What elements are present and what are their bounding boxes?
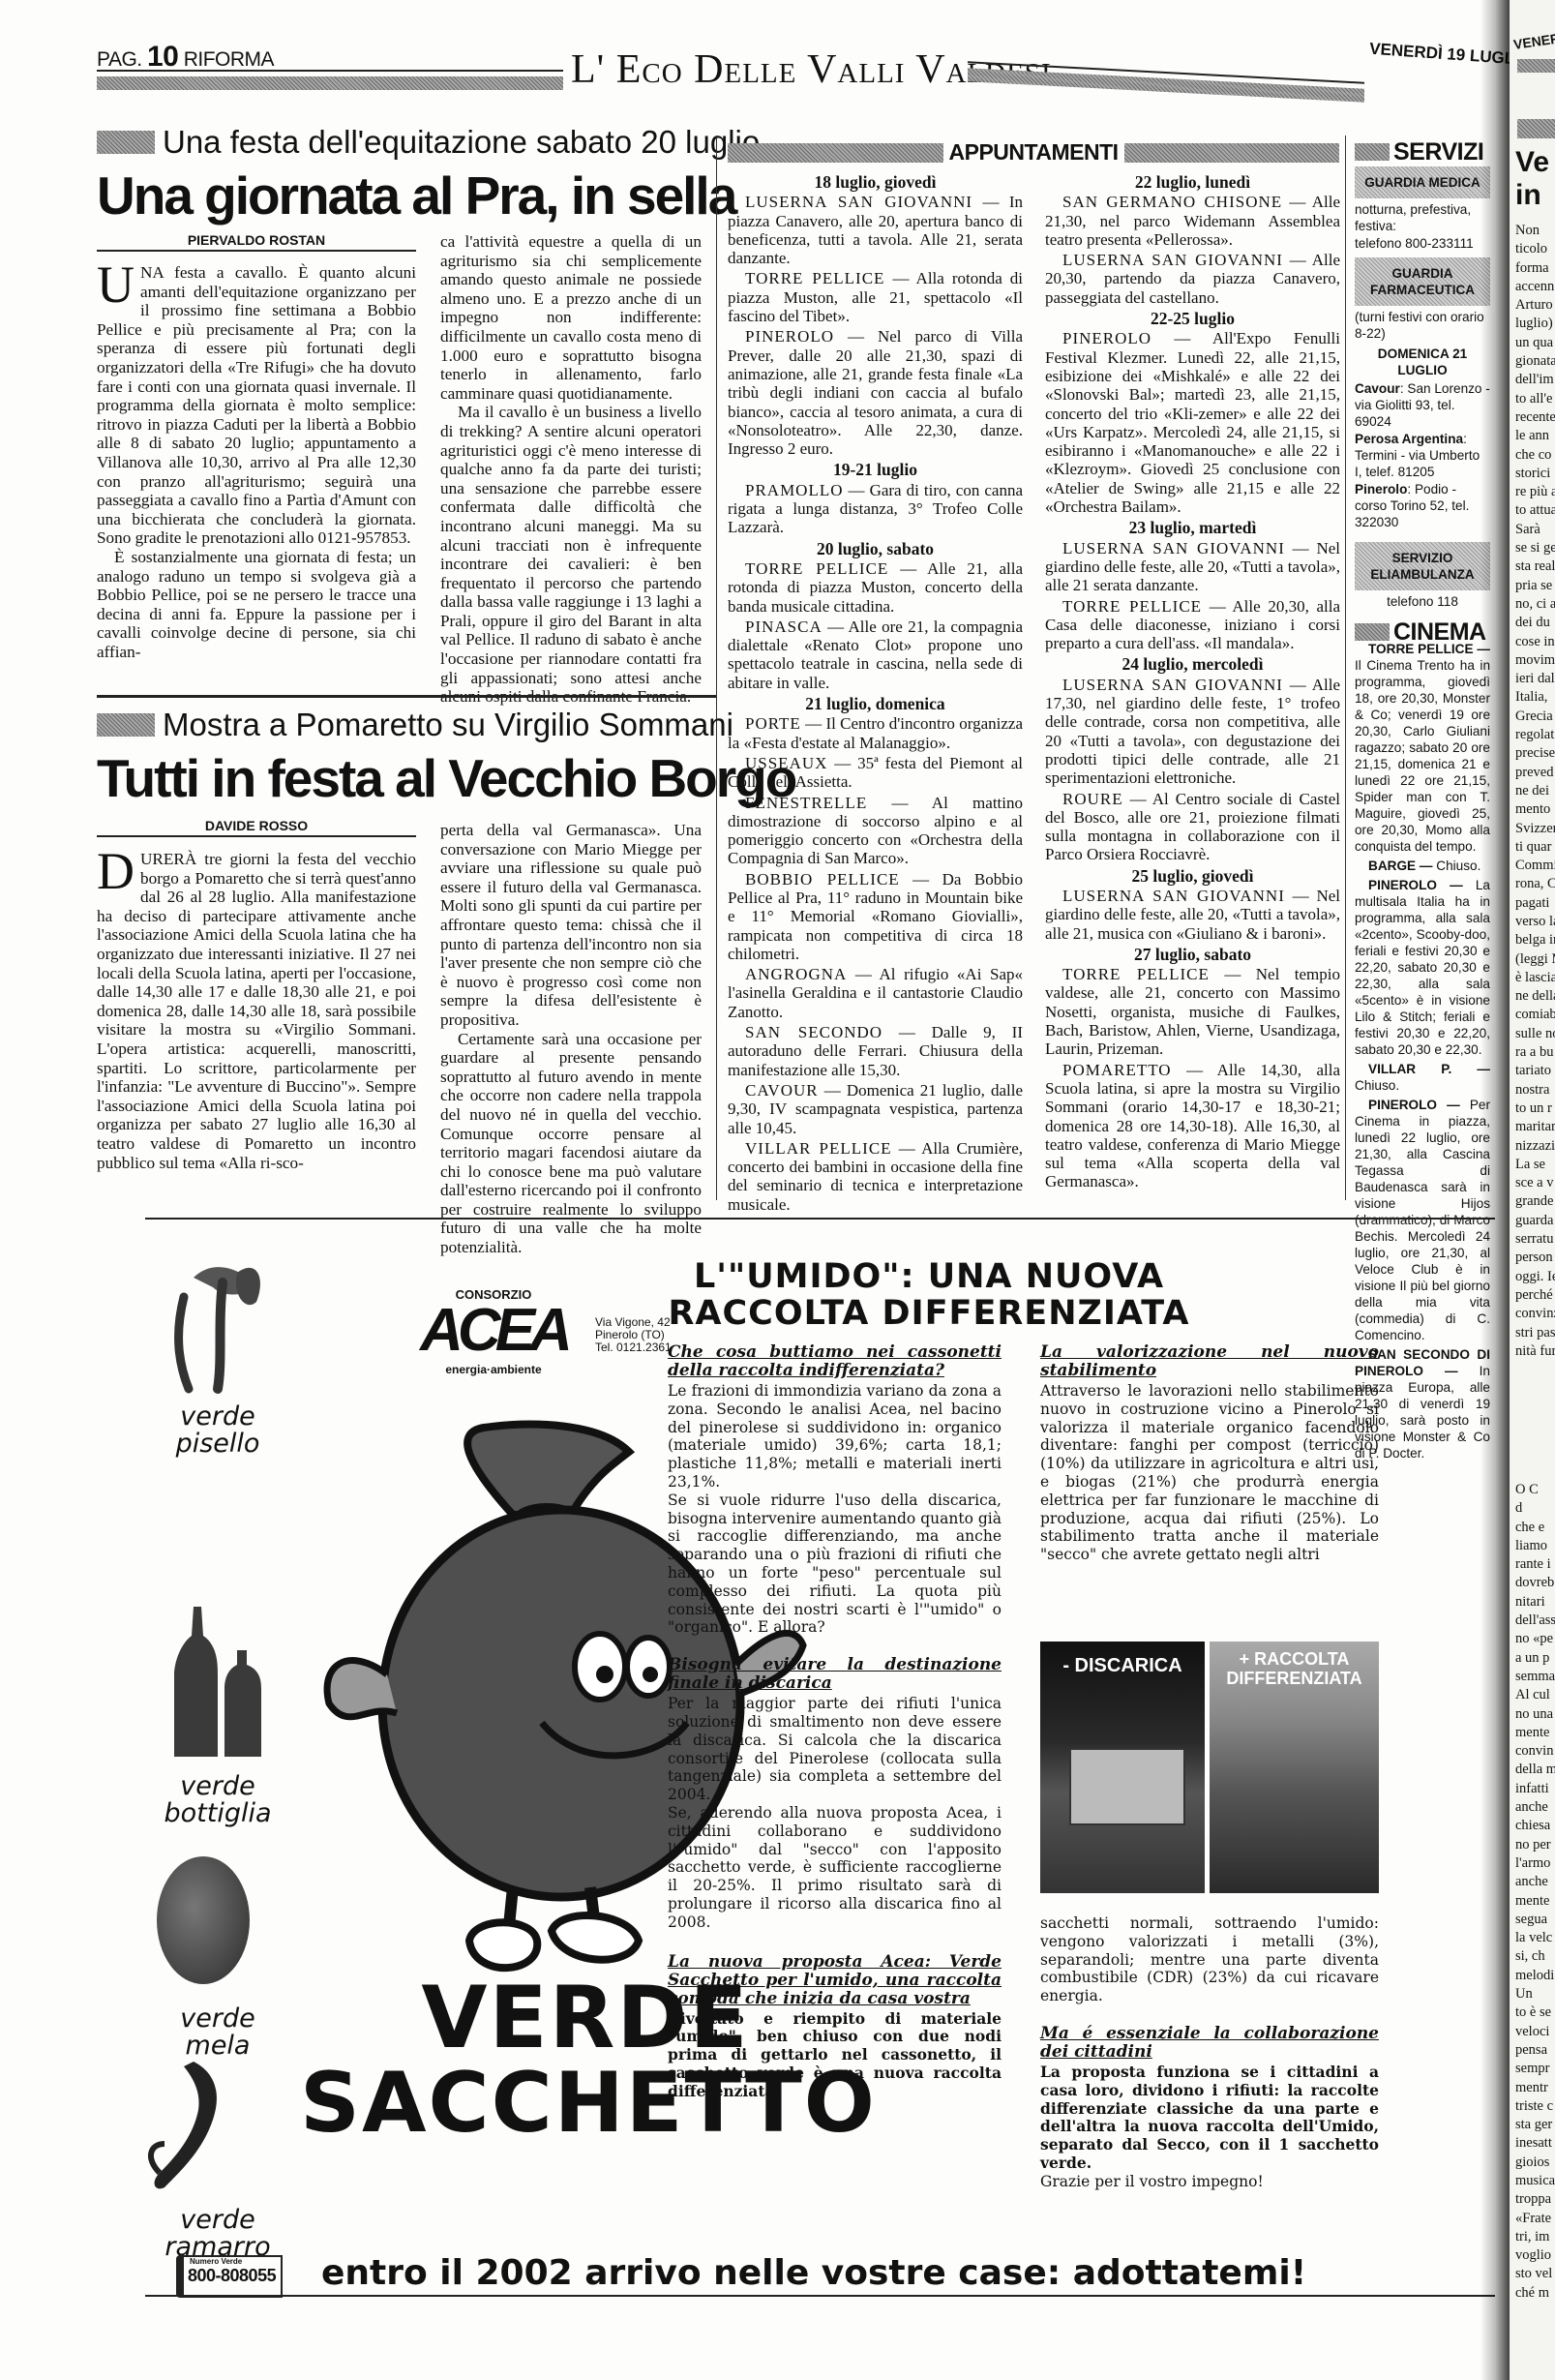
- text-line-fragment: guarda: [1515, 1212, 1555, 1230]
- text-line-fragment: recente: [1515, 408, 1555, 427]
- text-line-fragment: serratu: [1515, 1230, 1555, 1249]
- text-line-fragment: Italia,: [1515, 688, 1555, 707]
- dash: —: [1123, 790, 1152, 808]
- cinema-entry: BARGE — Chiuso.: [1355, 858, 1490, 874]
- text-line-fragment: a un p: [1515, 1649, 1555, 1668]
- text-line-fragment: inesatt: [1515, 2134, 1555, 2153]
- label-line: bottiglia: [155, 1800, 281, 1827]
- text-line-fragment: nitari: [1515, 1593, 1555, 1612]
- event-item: LUSERNA SAN GIOVANNI — Nel giardino dell…: [1045, 539, 1340, 595]
- dash: —: [1283, 676, 1312, 694]
- title-line: L'"UMIDO": UNA NUOVA: [668, 1258, 1190, 1295]
- dash: —: [1202, 597, 1232, 616]
- cinema-place: TORRE PELLICE —: [1368, 642, 1490, 656]
- title-line: RACCOLTA DIFFERENZIATA: [668, 1295, 1190, 1332]
- servizi-title: SERVIZI: [1393, 144, 1483, 161]
- cinema-text: Chiuso.: [1436, 859, 1480, 873]
- farmacia-note: (turni festivi con orario 8-22): [1355, 309, 1490, 342]
- text-line-fragment: Non: [1515, 222, 1555, 240]
- header-rule-left: [97, 70, 563, 91]
- event-item: BOBBIO PELLICE — Da Bobbio Pellice al Pr…: [728, 870, 1023, 963]
- dash: —: [888, 559, 927, 578]
- dash: —: [1151, 329, 1212, 347]
- paragraph: DURERÀ tre giorni la festa del vecchio b…: [97, 850, 416, 1172]
- kicker-text: Mostra a Pomaretto su Virgilio Sommani: [163, 707, 733, 743]
- section-heading: La valorizzazione nel nuovo stabilimento: [1040, 1343, 1379, 1380]
- event-date-heading: 23 luglio, martedì: [1045, 519, 1340, 537]
- event-place: PINASCA: [745, 618, 822, 636]
- event-place: PINEROLO: [1062, 329, 1151, 347]
- ad-main-title: L'"UMIDO": UNA NUOVA RACCOLTA DIFFERENZI…: [668, 1258, 1190, 1332]
- text-line-fragment: storici: [1515, 465, 1555, 483]
- text-line-fragment: segua: [1515, 1911, 1555, 1929]
- article2-byline: DAVIDE ROSSO: [97, 818, 416, 837]
- text-line-fragment: pria se: [1515, 577, 1555, 595]
- text-line-fragment: to un r: [1515, 1100, 1555, 1118]
- text-line-fragment: se si ge: [1515, 539, 1555, 557]
- photo-label: + RACCOLTA DIFFERENZIATA: [1210, 1649, 1379, 1688]
- kicker-block: [97, 131, 155, 154]
- text-line-fragment: Svizzer: [1515, 820, 1555, 838]
- article1-col2: ca l'attività equestre a quella di un ag…: [440, 232, 702, 707]
- farmacia-entry: Cavour: San Lorenzo - via Giolitti 93, t…: [1355, 380, 1490, 430]
- label-ramarro: verde ramarro: [155, 2207, 281, 2261]
- farmacia-entry: Pinerolo: Podio - corso Torino 52, tel. …: [1355, 481, 1490, 530]
- dash: —: [1172, 1061, 1217, 1079]
- text-line-fragment: la velc: [1515, 1929, 1555, 1947]
- text-line-fragment: tri, im: [1515, 2228, 1555, 2246]
- text-line-fragment: sempr: [1515, 2060, 1555, 2078]
- label-line: verde: [155, 1403, 281, 1431]
- text-line-fragment: «Frate: [1515, 2210, 1555, 2228]
- text-line-fragment: Grecia: [1515, 708, 1555, 726]
- event-place: ANGROGNA: [745, 965, 847, 983]
- event-item: PINEROLO — All'Expo Fenulli Festival Kle…: [1045, 329, 1340, 516]
- dash: —: [827, 754, 857, 772]
- paragraph: Se, aderendo alla nuova proposta Acea, i…: [668, 1804, 1002, 1932]
- article1-col1: UNA festa a cavallo. È quanto alcuni ama…: [97, 263, 416, 661]
- cinema-header: CINEMA: [1355, 623, 1490, 641]
- next-page-sliver: VENERDÌ Ve in NonticoloformaaccennArturo…: [1510, 0, 1555, 2380]
- text-line-fragment: pagati: [1515, 894, 1555, 913]
- cinema-text: Chiuso.: [1355, 1078, 1399, 1093]
- text-line-fragment: (leggi M: [1515, 950, 1555, 969]
- text-line-fragment: è lascia: [1515, 969, 1555, 987]
- text-line-fragment: cose in: [1515, 633, 1555, 651]
- column-divider: [1345, 136, 1346, 1200]
- text-line-fragment: La se: [1515, 1156, 1555, 1174]
- text-line-fragment: le ann: [1515, 427, 1555, 445]
- event-place: LUSERNA SAN GIOVANNI: [1062, 676, 1283, 694]
- guardia-medica-phone: telefono 800-233111: [1355, 235, 1490, 252]
- text-line-fragment: mentr: [1515, 2079, 1555, 2097]
- appuntamenti-col1: 18 luglio, giovedìLUSERNA SAN GIOVANNI —…: [728, 170, 1023, 1216]
- label-line: pisello: [155, 1431, 281, 1458]
- text-line-fragment: convin: [1515, 1742, 1555, 1761]
- next-page-col: O Cdche eliamorante idovrebnitaridell'as…: [1510, 1481, 1555, 2303]
- text-line-fragment: nizzazio: [1515, 1137, 1555, 1156]
- cinema-entry: TORRE PELLICE — Il Cinema Trento ha in p…: [1355, 641, 1490, 855]
- acea-advertisement: verde pisello verde bottiglia verde mela…: [145, 1218, 1495, 2297]
- text-line-fragment: to è se: [1515, 2003, 1555, 2022]
- dash: —: [972, 193, 1009, 211]
- event-item: TORRE PELLICE — Alle 21, alla rotonda di…: [728, 559, 1023, 616]
- text-line-fragment: regolat: [1515, 726, 1555, 744]
- event-place: TORRE PELLICE: [1062, 965, 1210, 983]
- text-line-fragment: ti quar: [1515, 838, 1555, 857]
- headline-line: in: [1515, 179, 1555, 212]
- dash: —: [892, 1139, 922, 1158]
- bottles-icon: [164, 1607, 271, 1762]
- photo-raccolta: + RACCOLTA DIFFERENZIATA: [1210, 1642, 1379, 1893]
- event-place: TORRE PELLICE: [745, 269, 884, 287]
- text-line-fragment: semma: [1515, 1668, 1555, 1686]
- text-line-fragment: l'armo: [1515, 1854, 1555, 1873]
- town: Pinerolo: [1355, 482, 1407, 497]
- text-line-fragment: nità fur: [1515, 1342, 1555, 1361]
- appuntamenti-col2: 22 luglio, lunedìSAN GERMANO CHISONE — A…: [1045, 170, 1340, 1193]
- text-line-fragment: ieri dal: [1515, 670, 1555, 688]
- headline-line: Ve: [1515, 146, 1555, 179]
- text-line-fragment: veloci: [1515, 2023, 1555, 2041]
- text-line-fragment: voglio: [1515, 2246, 1555, 2265]
- header-bar: [1124, 143, 1340, 163]
- farmacia-day: DOMENICA 21 LUGLIO: [1355, 346, 1490, 378]
- ad-text-col2b: sacchetti normali, sottraendo l'umido: v…: [1040, 1914, 1379, 2191]
- text-line-fragment: Arturo: [1515, 296, 1555, 315]
- text-line-fragment: Sarà: [1515, 521, 1555, 539]
- text-line-fragment: liamo: [1515, 1537, 1555, 1555]
- eliambulanza-band: SERVIZIO ELIAMBULANZA: [1355, 542, 1490, 590]
- next-page-date: VENERDÌ: [1512, 31, 1555, 52]
- paragraph: Per la maggior parte dei rifiuti l'unica…: [668, 1695, 1002, 1804]
- servizi-header: SERVIZI: [1355, 143, 1490, 161]
- cinema-title: CINEMA: [1393, 624, 1486, 641]
- section-heading: Bisogna evitare la destinazione finale i…: [668, 1656, 1002, 1693]
- event-place: POMARETTO: [1062, 1061, 1172, 1079]
- event-date-heading: 21 luglio, domenica: [728, 695, 1023, 713]
- cinema-entry: PINEROLO — La multisala Italia ha in pro…: [1355, 877, 1490, 1058]
- text-line-fragment: gioios: [1515, 2154, 1555, 2172]
- text-line-fragment: oggi. Ie: [1515, 1268, 1555, 1286]
- header-bar: [1517, 59, 1555, 73]
- event-place: ROURE: [1062, 790, 1123, 808]
- paragraph: Se si vuole ridurre l'uso della discaric…: [668, 1491, 1002, 1637]
- text-line-fragment: accenn: [1515, 278, 1555, 296]
- text-line-fragment: comiab: [1515, 1006, 1555, 1024]
- paragraph-text: NA festa a cavallo. È quanto alcuni aman…: [97, 263, 416, 547]
- event-place: USSEAUX: [745, 754, 827, 772]
- header-bar: [728, 143, 943, 163]
- text-line-fragment: sce a v: [1515, 1174, 1555, 1192]
- text-line-fragment: infatti: [1515, 1780, 1555, 1798]
- text-line-fragment: stri pas: [1515, 1324, 1555, 1342]
- text-line-fragment: belga in: [1515, 931, 1555, 949]
- text-line-fragment: dell'im: [1515, 371, 1555, 389]
- text-line-fragment: Un: [1515, 1985, 1555, 2003]
- text-line-fragment: to attua: [1515, 501, 1555, 520]
- text-line-fragment: musica: [1515, 2172, 1555, 2190]
- dropcap: U: [97, 265, 135, 304]
- guardia-farmaceutica-band: GUARDIA FARMACEUTICA: [1355, 257, 1490, 306]
- event-item: PINEROLO — Nel parco di Villa Prever, da…: [728, 327, 1023, 458]
- label-bottiglia: verde bottiglia: [155, 1773, 281, 1827]
- text-line-fragment: che co: [1515, 446, 1555, 465]
- event-date-heading: 22 luglio, lunedì: [1045, 173, 1340, 192]
- text-line-fragment: dei du: [1515, 614, 1555, 632]
- text-line-fragment: mente: [1515, 1892, 1555, 1911]
- dash: —: [1282, 193, 1312, 211]
- text-line-fragment: perché: [1515, 1286, 1555, 1305]
- paragraph: perta della val Germanasca». Una convers…: [440, 821, 702, 1030]
- text-line-fragment: grande: [1515, 1192, 1555, 1211]
- text-line-fragment: O C: [1515, 1481, 1555, 1499]
- text-line-fragment: Commi: [1515, 857, 1555, 875]
- dash: —: [1283, 251, 1312, 269]
- section-heading: La nuova proposta Acea: Verde Sacchetto …: [668, 1953, 1002, 2008]
- text-line-fragment: dell'ass: [1515, 1612, 1555, 1630]
- event-item: ANGROGNA — Al rifugio «Ai Sap« l'asinell…: [728, 965, 1023, 1021]
- event-place: SAN SECONDO: [745, 1023, 882, 1041]
- text-line-fragment: pensa: [1515, 2041, 1555, 2060]
- text-line-fragment: ché m: [1515, 2284, 1555, 2303]
- dash: —: [844, 481, 870, 499]
- column-divider: [716, 136, 717, 1200]
- paragraph: sacchetti normali, sottraendo l'umido: v…: [1040, 1914, 1379, 2005]
- text-line-fragment: maritar: [1515, 1118, 1555, 1136]
- dash: —: [867, 794, 932, 812]
- page-prefix: PAG.: [97, 48, 142, 71]
- event-place: BOBBIO PELLICE: [745, 870, 900, 889]
- text-line-fragment: troppa: [1515, 2190, 1555, 2209]
- event-place: VILLAR PELLICE: [745, 1139, 892, 1158]
- event-item: TORRE PELLICE — Nel tempio valdese, alle…: [1045, 965, 1340, 1058]
- text-line-fragment: anche: [1515, 1873, 1555, 1891]
- acea-address: Via Vigone, 42 Pinerolo (TO) Tel. 0121.2…: [595, 1316, 672, 1354]
- publication-name: RIFORMA: [184, 48, 274, 71]
- text-line-fragment: tariato: [1515, 1062, 1555, 1080]
- text-line-fragment: re più a: [1515, 483, 1555, 501]
- article2-col1: DURERÀ tre giorni la festa del vecchio b…: [97, 850, 416, 1172]
- apple-icon: [157, 1856, 250, 1984]
- paragraph: Ma il cavallo è un business a livello di…: [440, 403, 702, 707]
- event-item: SAN SECONDO — Dalle 9, II autoraduno del…: [728, 1023, 1023, 1079]
- text-line-fragment: luglio): [1515, 315, 1555, 333]
- text-line-fragment: mento: [1515, 800, 1555, 819]
- event-place: LUSERNA SAN GIOVANNI: [1062, 251, 1283, 269]
- dash: —: [884, 269, 915, 287]
- event-date-heading: 25 luglio, giovedì: [1045, 867, 1340, 886]
- event-item: POMARETTO — Alle 14,30, alla Scuola lati…: [1045, 1061, 1340, 1191]
- event-date-heading: 22-25 luglio: [1045, 310, 1340, 328]
- page-header: PAG. 10 RIFORMA: [97, 41, 274, 74]
- paragraph: Grazie per il vostro impegno!: [1040, 2173, 1379, 2191]
- header-rule-right: [968, 61, 1364, 103]
- page-gutter-shadow: [1480, 0, 1510, 2380]
- event-place: SAN GERMANO CHISONE: [1062, 193, 1282, 211]
- cinema-place: BARGE —: [1368, 859, 1432, 873]
- event-item: TORRE PELLICE — Alla rotonda di piazza M…: [728, 269, 1023, 325]
- dash: —: [819, 1081, 847, 1100]
- town: Perosa Argentina: [1355, 432, 1463, 446]
- text-line-fragment: sto vel: [1515, 2265, 1555, 2283]
- event-date-heading: 18 luglio, giovedì: [728, 173, 1023, 192]
- photo-label: - DISCARICA: [1040, 1655, 1205, 1677]
- event-place: CAVOUR: [745, 1081, 819, 1100]
- text-line-fragment: convinz: [1515, 1305, 1555, 1323]
- text-line-fragment: to all'e: [1515, 390, 1555, 408]
- text-line-fragment: nostra: [1515, 1081, 1555, 1100]
- dash: —: [822, 618, 849, 636]
- numero-verde-box[interactable]: Numero Verde 800-808055: [176, 2255, 283, 2298]
- event-item: LUSERNA SAN GIOVANNI — Nel giardino dell…: [1045, 887, 1340, 943]
- paragraph-text: URERÀ tre giorni la festa del vecchio bo…: [97, 850, 416, 1172]
- event-place: LUSERNA SAN GIOVANNI: [1062, 887, 1285, 905]
- event-place: PRAMOLLO: [745, 481, 844, 499]
- label-line: verde: [155, 2207, 281, 2234]
- truck-icon: [1069, 1748, 1185, 1825]
- event-date-heading: 24 luglio, mercoledì: [1045, 655, 1340, 674]
- paragraph: Le frazioni di immondizia variano da zon…: [668, 1382, 1002, 1491]
- pea-pod-icon: [164, 1258, 271, 1394]
- text-line-fragment: movim: [1515, 651, 1555, 670]
- cinema-text: Il Cinema Trento ha in programma, gioved…: [1355, 658, 1490, 854]
- page-number: 10: [147, 41, 178, 73]
- header-bar: [1355, 143, 1390, 161]
- label-line: DIFFERENZIATA: [1210, 1669, 1379, 1688]
- event-place: PINEROLO: [745, 327, 834, 346]
- guardia-medica-hours: notturna, prefestiva, festiva:: [1355, 201, 1490, 234]
- event-item: ROURE — Al Centro sociale di Castel del …: [1045, 790, 1340, 864]
- appuntamenti-title: APPUNTAMENTI: [949, 139, 1119, 166]
- paragraph: ca l'attività equestre a quella di un ag…: [440, 232, 702, 403]
- event-item: SAN GERMANO CHISONE — Alle 21,30, nel pa…: [1045, 193, 1340, 249]
- text-line-fragment: ra a bu: [1515, 1043, 1555, 1062]
- text-line-fragment: che e: [1515, 1519, 1555, 1537]
- text-line-fragment: no una: [1515, 1705, 1555, 1724]
- farmacia-entry: Perosa Argentina: Termini - via Umberto …: [1355, 431, 1490, 480]
- cinema-entry: VILLAR P. — Chiuso.: [1355, 1061, 1490, 1094]
- text-line-fragment: melodi: [1515, 1967, 1555, 1985]
- event-item: LUSERNA SAN GIOVANNI — Alle 20,30, parte…: [1045, 251, 1340, 307]
- dash: —: [847, 965, 879, 983]
- dash: —: [1285, 539, 1317, 557]
- dash: —: [801, 714, 826, 733]
- event-place: LUSERNA SAN GIOVANNI: [1062, 539, 1285, 557]
- kicker-block: [97, 713, 155, 737]
- section-heading: Ma é essenziale la collaborazione dei ci…: [1040, 2025, 1379, 2062]
- text-line-fragment: Al cul: [1515, 1686, 1555, 1704]
- text-line-fragment: ne della: [1515, 987, 1555, 1006]
- event-item: TORRE PELLICE — Alle 20,30, alla Casa de…: [1045, 597, 1340, 653]
- kicker-text: Una festa dell'equitazione sabato 20 lug…: [163, 124, 760, 161]
- text-line-fragment: no «pe: [1515, 1630, 1555, 1648]
- label-line: verde: [155, 1773, 281, 1800]
- dash: —: [1210, 965, 1256, 983]
- text-line-fragment: anche: [1515, 1798, 1555, 1817]
- acea-tagline: energia·ambiente: [426, 1363, 561, 1376]
- event-item: CAVOUR — Domenica 21 luglio, dalle 9,30,…: [728, 1081, 1023, 1137]
- section-heading: Che cosa buttiamo nei cassonetti della r…: [668, 1343, 1002, 1380]
- event-text: All'Expo Fenulli Festival Klezmer. Luned…: [1045, 329, 1340, 516]
- paragraph: È sostanzialmente una giornata di festa;…: [97, 548, 416, 662]
- text-line-fragment: della m: [1515, 1761, 1555, 1779]
- text-line-fragment: sta real: [1515, 557, 1555, 576]
- eliambulanza-phone: telefono 118: [1355, 593, 1490, 610]
- article2-col2: perta della val Germanasca». Una convers…: [440, 821, 702, 1257]
- dropcap: D: [97, 852, 135, 890]
- event-item: LUSERNA SAN GIOVANNI — In piazza Canaver…: [728, 193, 1023, 267]
- dash: —: [900, 870, 942, 889]
- next-page-headline: Ve in: [1515, 146, 1555, 212]
- event-date-heading: 19-21 luglio: [728, 461, 1023, 479]
- guardia-medica-band: GUARDIA MEDICA: [1355, 166, 1490, 198]
- text-line-fragment: sta ger: [1515, 2116, 1555, 2134]
- header-bar: [1517, 119, 1555, 138]
- text-line-fragment: no per: [1515, 1836, 1555, 1854]
- text-line-fragment: gionata: [1515, 352, 1555, 371]
- article1-headline: Una giornata al Pra, in sella: [97, 165, 735, 226]
- lizard-icon: [145, 2052, 281, 2197]
- text-line-fragment: ticolo: [1515, 240, 1555, 258]
- article2-kicker: Mostra a Pomaretto su Virgilio Sommani: [97, 707, 733, 743]
- text-line-fragment: no, ci a: [1515, 595, 1555, 614]
- cinema-place: PINEROLO —: [1368, 1098, 1460, 1112]
- text-line-fragment: precise: [1515, 744, 1555, 763]
- text-line-fragment: verso la: [1515, 913, 1555, 931]
- text-line-fragment: rante i: [1515, 1555, 1555, 1574]
- cinema-text: La multisala Italia ha in programma, all…: [1355, 878, 1490, 1057]
- event-item: PRAMOLLO — Gara di tiro, con canna rigat…: [728, 481, 1023, 537]
- text-line-fragment: dovreb: [1515, 1574, 1555, 1592]
- ad-text-col2: La valorizzazione nel nuovo stabilimento…: [1040, 1343, 1379, 1564]
- photo-discarica: - DISCARICA: [1040, 1642, 1205, 1893]
- text-line-fragment: ne dei: [1515, 782, 1555, 800]
- text-line-fragment: un qua: [1515, 334, 1555, 352]
- event-item: PORTE — Il Centro d'incontro organizza l…: [728, 714, 1023, 752]
- event-place: LUSERNA SAN GIOVANNI: [745, 193, 972, 211]
- paragraph: UNA festa a cavallo. È quanto alcuni ama…: [97, 263, 416, 548]
- dash: —: [882, 1023, 932, 1041]
- article1-byline: PIERVALDO ROSTAN: [97, 232, 416, 252]
- text-line-fragment: preved: [1515, 764, 1555, 782]
- label-pisello: verde pisello: [155, 1403, 281, 1458]
- numero-verde-label: Numero Verde: [184, 2257, 281, 2266]
- event-text: Alle 14,30, alla Scuola latina, si apre …: [1045, 1061, 1340, 1191]
- event-text: Nel parco di Villa Prever, dalle 20 alle…: [728, 327, 1023, 458]
- text-line-fragment: person: [1515, 1249, 1555, 1267]
- event-item: FENESTRELLE — Al mattino dimostrazione d…: [728, 794, 1023, 868]
- event-place: TORRE PELLICE: [745, 559, 888, 578]
- numero-verde-phone: 800-808055: [184, 2266, 281, 2286]
- text-line-fragment: sulle no: [1515, 1025, 1555, 1043]
- event-place: PORTE: [745, 714, 801, 733]
- article1-kicker: Una festa dell'equitazione sabato 20 lug…: [97, 124, 760, 161]
- header-bar: [1355, 623, 1390, 641]
- cinema-place: PINEROLO —: [1368, 878, 1463, 892]
- dash: —: [1285, 887, 1317, 905]
- dash: —: [834, 327, 878, 346]
- ad-text-col1: Che cosa buttiamo nei cassonetti della r…: [668, 1343, 1002, 2101]
- address-line: Tel. 0121.2361: [595, 1341, 672, 1354]
- event-item: USSEAUX — 35ª festa del Piemont al Colle…: [728, 754, 1023, 792]
- text-line-fragment: d: [1515, 1499, 1555, 1518]
- acea-logo: ACEA: [406, 1300, 581, 1362]
- text-line-fragment: triste c: [1515, 2097, 1555, 2116]
- event-item: PINASCA — Alle ore 21, la compagnia dial…: [728, 618, 1023, 692]
- town: Cavour: [1355, 381, 1400, 396]
- label-line: + RACCOLTA: [1210, 1649, 1379, 1669]
